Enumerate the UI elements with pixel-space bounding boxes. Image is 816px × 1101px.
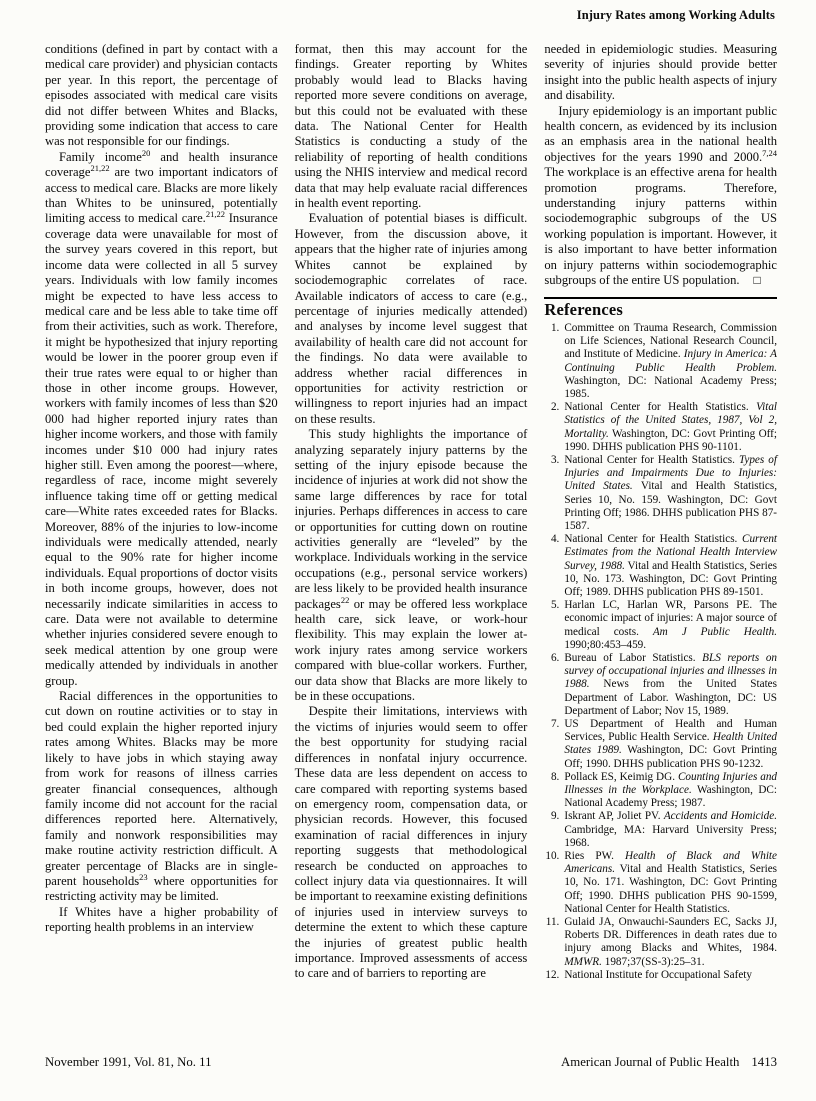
footer-page-number: 1413 <box>751 1055 777 1069</box>
reference-text: Harlan LC, Harlan WR, Parsons PE. The ec… <box>564 599 777 651</box>
reference-number: 6. <box>544 652 559 665</box>
text-run: Racial differences in the opportunities … <box>45 689 278 888</box>
reference-item: 12.National Institute for Occupational S… <box>544 969 777 982</box>
page-footer: November 1991, Vol. 81, No. 11 American … <box>45 1055 777 1070</box>
reference-item: 5.Harlan LC, Harlan WR, Parsons PE. The … <box>544 599 777 652</box>
reference-item: 6.Bureau of Labor Statistics. BLS report… <box>544 652 777 718</box>
reference-text: National Center for Health Statistics. V… <box>564 401 777 453</box>
reference-item: 2.National Center for Health Statistics.… <box>544 401 777 454</box>
text-run: News from the United States Department o… <box>564 678 777 716</box>
column-1: conditions (defined in part by contact w… <box>45 42 278 982</box>
paragraph: needed in epidemiologic studies. Measuri… <box>544 42 777 104</box>
reference-number: 7. <box>544 718 559 731</box>
text-run: Injury epidemiology is an important publ… <box>544 104 777 164</box>
paragraph: Despite their limitations, interviews wi… <box>295 704 528 981</box>
reference-number: 2. <box>544 401 559 414</box>
italic-title: Accidents and Homicide. <box>664 810 777 822</box>
reference-text: Pollack ES, Keimig DG. Counting Injuries… <box>564 771 777 809</box>
reference-text: Bureau of Labor Statistics. BLS reports … <box>564 652 777 717</box>
text-run: Ries PW. <box>564 850 625 862</box>
text-run: needed in epidemiologic studies. Measuri… <box>544 42 777 102</box>
text-run: Cambridge, MA: Harvard University Press;… <box>564 824 777 849</box>
reference-number: 10. <box>544 850 559 863</box>
text-run: Despite their limitations, interviews wi… <box>295 704 528 980</box>
reference-text: Ries PW. Health of Black and White Ameri… <box>564 850 777 915</box>
superscript-citation: 21,22 <box>90 163 109 173</box>
end-of-article-icon: □ <box>754 273 761 287</box>
column-3: needed in epidemiologic studies. Measuri… <box>544 42 777 982</box>
reference-number: 5. <box>544 599 559 612</box>
article-columns: conditions (defined in part by contact w… <box>45 42 777 982</box>
reference-number: 11. <box>544 916 559 929</box>
text-run: 1987;37(SS-3):25–31. <box>602 956 705 968</box>
reference-item: 10.Ries PW. Health of Black and White Am… <box>544 850 777 916</box>
text-run: National Center for Health Statistics. <box>564 454 739 466</box>
text-run: If Whites have a higher probability of r… <box>45 905 278 934</box>
text-run: Washington, DC: National Academy Press; … <box>564 375 777 400</box>
text-run: This study highlights the importance of … <box>295 427 528 610</box>
reference-item: 1.Committee on Trauma Research, Commissi… <box>544 322 777 401</box>
text-run: The workplace is an effective arena for … <box>544 165 777 287</box>
paragraph: conditions (defined in part by contact w… <box>45 42 278 150</box>
references-section: References 1.Committee on Trauma Researc… <box>544 297 777 983</box>
column-2: format, then this may account for the fi… <box>295 42 528 982</box>
footer-issue-info: November 1991, Vol. 81, No. 11 <box>45 1055 211 1070</box>
journal-page: Injury Rates among Working Adults condit… <box>0 0 816 1101</box>
paragraph: Injury epidemiology is an important publ… <box>544 104 777 289</box>
text-run: National Center for Health Statistics. <box>564 533 742 545</box>
paragraph: This study highlights the importance of … <box>295 427 528 704</box>
paragraph: Evaluation of potential biases is diffic… <box>295 211 528 427</box>
text-run: Bureau of Labor Statistics. <box>564 652 702 664</box>
reference-item: 9.Iskrant AP, Joliet PV. Accidents and H… <box>544 810 777 850</box>
reference-text: National Institute for Occupational Safe… <box>564 969 752 981</box>
text-run: National Institute for Occupational Safe… <box>564 969 752 981</box>
reference-text: Iskrant AP, Joliet PV. Accidents and Hom… <box>564 810 777 848</box>
reference-item: 8.Pollack ES, Keimig DG. Counting Injuri… <box>544 771 777 811</box>
reference-number: 12. <box>544 969 559 982</box>
text-run: Iskrant AP, Joliet PV. <box>564 810 663 822</box>
reference-text: US Department of Health and Human Servic… <box>564 718 777 770</box>
superscript-citation: 21,22 <box>206 209 225 219</box>
text-run: Family income <box>59 150 142 164</box>
reference-number: 1. <box>544 322 559 335</box>
references-divider-rule <box>544 297 777 299</box>
text-run: conditions (defined in part by contact w… <box>45 42 278 148</box>
italic-title: Am J Public Health. <box>653 626 777 638</box>
text-run: Insurance coverage data were unavailable… <box>45 211 278 687</box>
footer-journal-info: American Journal of Public Health1413 <box>561 1055 777 1070</box>
text-run: National Center for Health Statistics. <box>564 401 756 413</box>
reference-item: 11.Gulaid JA, Onwauchi-Saunders EC, Sack… <box>544 916 777 969</box>
text-run: or may be offered less workplace health … <box>295 597 528 703</box>
text-run: Evaluation of potential biases is diffic… <box>295 211 528 425</box>
text-run: 1990;80:453–459. <box>564 639 646 651</box>
reference-text: Gulaid JA, Onwauchi-Saunders EC, Sacks J… <box>564 916 777 968</box>
reference-text: National Center for Health Statistics. C… <box>564 533 777 598</box>
reference-item: 4.National Center for Health Statistics.… <box>544 533 777 599</box>
reference-number: 4. <box>544 533 559 546</box>
superscript-citation: 23 <box>139 872 148 882</box>
footer-journal-name: American Journal of Public Health <box>561 1055 739 1069</box>
reference-number: 3. <box>544 454 559 467</box>
column-3-paragraphs: needed in epidemiologic studies. Measuri… <box>544 42 777 289</box>
text-run: format, then this may account for the fi… <box>295 42 528 210</box>
text-run: Gulaid JA, Onwauchi-Saunders EC, Sacks J… <box>564 916 777 954</box>
reference-number: 9. <box>544 810 559 823</box>
reference-number: 8. <box>544 771 559 784</box>
text-run: Pollack ES, Keimig DG. <box>564 771 678 783</box>
reference-text: Committee on Trauma Research, Commission… <box>564 322 777 400</box>
reference-item: 7.US Department of Health and Human Serv… <box>544 718 777 771</box>
reference-item: 3.National Center for Health Statistics.… <box>544 454 777 533</box>
paragraph: Racial differences in the opportunities … <box>45 689 278 905</box>
references-list: 1.Committee on Trauma Research, Commissi… <box>544 322 777 982</box>
paragraph: format, then this may account for the fi… <box>295 42 528 211</box>
paragraph: Family income20 and health insurance cov… <box>45 150 278 689</box>
superscript-citation: 7,24 <box>762 148 777 158</box>
paragraph: If Whites have a higher probability of r… <box>45 905 278 936</box>
running-head: Injury Rates among Working Adults <box>577 8 775 23</box>
references-heading: References <box>544 302 777 317</box>
reference-text: National Center for Health Statistics. T… <box>564 454 777 532</box>
italic-title: MMWR. <box>564 956 602 968</box>
